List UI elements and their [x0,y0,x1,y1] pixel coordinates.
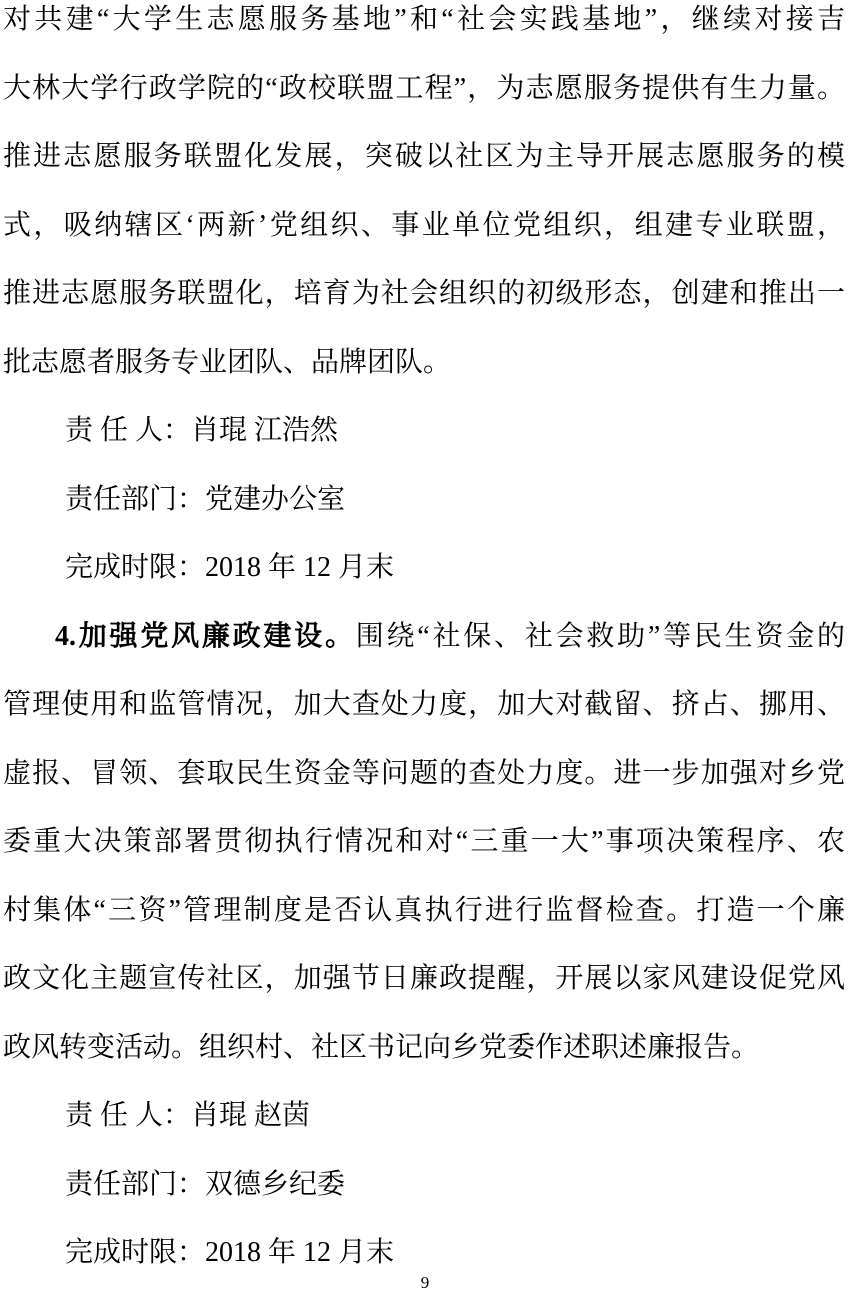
deadline-line: 完成时限：2018 年 12 月末 [3,534,845,603]
line-text: 大林大学行政学院的“政校联盟工程”，为志愿服务提供有生力量。 [3,73,845,104]
line-text: 责 任 人：肖琨 赵茵 [65,1100,310,1131]
page-number: 9 [0,1270,850,1296]
line-text: 批志愿者服务专业团队、品牌团队。 [3,347,451,378]
line-text: 对共建“大学生志愿服务基地”和“社会实践基地”，继续对接吉 [3,4,845,35]
line-text: 推进志愿服务联盟化发展，突破以社区为主导开展志愿服务的模 [3,141,845,172]
body-text-line: 村集体“三资”管理制度是否认真执行进行监督检查。打造一个廉 [3,877,845,946]
line-text: 责 任 人：肖琨 江浩然 [65,415,338,446]
line-text: 委重大决策部署贯彻执行情况和对“三重一大”事项决策程序、农 [3,826,845,857]
responsible-department-line: 责任部门：双德乡纪委 [3,1151,845,1220]
document-body: 对共建“大学生志愿服务基地”和“社会实践基地”，继续对接吉 大林大学行政学院的“… [3,0,845,1288]
responsible-department-line: 责任部门：党建办公室 [3,466,845,535]
body-text-line: 大林大学行政学院的“政校联盟工程”，为志愿服务提供有生力量。 [3,55,845,124]
section-heading-line: 4.加强党风廉政建设。围绕“社保、社会救助”等民生资金的 [3,603,845,672]
body-text-line: 政文化主题宣传社区，加强节日廉政提醒，开展以家风建设促党风 [3,945,845,1014]
body-text-line: 委重大决策部署贯彻执行情况和对“三重一大”事项决策程序、农 [3,808,845,877]
line-text: 管理使用和监管情况，加大查处力度，加大对截留、挤占、挪用、 [3,689,845,720]
line-text: 完成时限：2018 年 12 月末 [65,1237,394,1268]
responsible-person-line: 责 任 人：肖琨 江浩然 [3,397,845,466]
line-text: 责任部门：党建办公室 [65,484,345,515]
body-text-line: 式，吸纳辖区‘两新’党组织、事业单位党组织，组建专业联盟， [3,192,845,261]
line-text: 完成时限：2018 年 12 月末 [65,552,394,583]
document-page: { "page": { "number": "9", "background":… [0,0,850,1305]
line-text: 村集体“三资”管理制度是否认真执行进行监督检查。打造一个廉 [3,895,845,926]
body-text-line: 管理使用和监管情况，加大查处力度，加大对截留、挤占、挪用、 [3,671,845,740]
line-text: 围绕“社保、社会救助”等民生资金的 [356,621,845,652]
line-text: 虚报、冒领、套取民生资金等问题的查处力度。进一步加强对乡党 [3,758,845,789]
body-text-line: 虚报、冒领、套取民生资金等问题的查处力度。进一步加强对乡党 [3,740,845,809]
line-text: 责任部门：双德乡纪委 [65,1169,345,1200]
paragraph-end-line: 批志愿者服务专业团队、品牌团队。 [3,329,845,398]
responsible-person-line: 责 任 人：肖琨 赵茵 [3,1082,845,1151]
line-text: 式，吸纳辖区‘两新’党组织、事业单位党组织，组建专业联盟， [3,210,845,241]
section-heading: 4.加强党风廉政建设。 [55,621,356,652]
line-text: 政文化主题宣传社区，加强节日廉政提醒，开展以家风建设促党风 [3,963,845,994]
line-text: 推进志愿服务联盟化，培育为社会组织的初级形态，创建和推出一 [3,278,845,309]
body-text-line: 推进志愿服务联盟化发展，突破以社区为主导开展志愿服务的模 [3,123,845,192]
body-text-line: 推进志愿服务联盟化，培育为社会组织的初级形态，创建和推出一 [3,260,845,329]
line-text: 政风转变活动。组织村、社区书记向乡党委作述职述廉报告。 [3,1032,759,1063]
paragraph-end-line: 政风转变活动。组织村、社区书记向乡党委作述职述廉报告。 [3,1014,845,1083]
body-text-line: 对共建“大学生志愿服务基地”和“社会实践基地”，继续对接吉 [3,0,845,55]
